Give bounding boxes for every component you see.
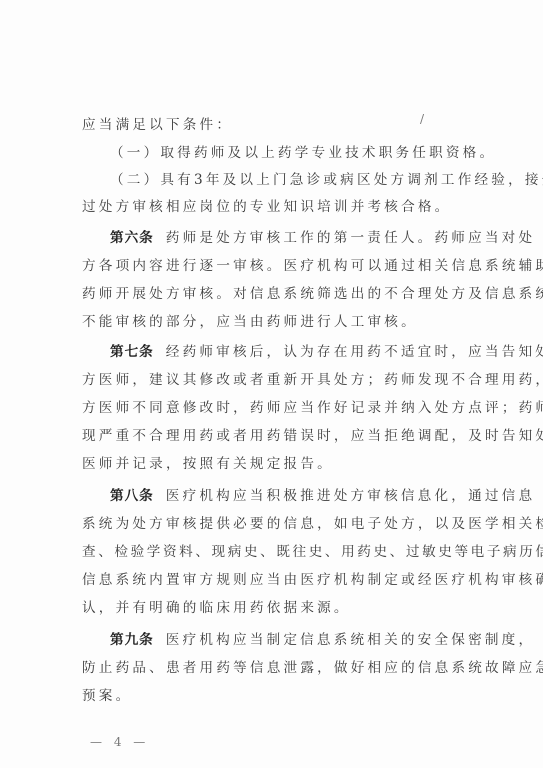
- article-8-label: 第八条: [110, 488, 154, 504]
- article-8-line: 查、检验学资料、现病史、既往史、用药史、过敏史等电子病历信息。: [82, 543, 470, 561]
- article-7-line: 现严重不合理用药或者用药错误时，应当拒绝调配，及时告知处方: [82, 427, 470, 445]
- article-6-first-line: 第六条药师是处方审核工作的第一责任人。药师应当对处: [110, 229, 470, 247]
- article-6-label: 第六条: [110, 230, 154, 246]
- page-number: — 4 —: [90, 735, 149, 749]
- article-6-line: 方各项内容进行逐一审核。医疗机构可以通过相关信息系统辅助: [82, 257, 470, 275]
- article-8-line: 认，并有明确的临床用药依据来源。: [82, 599, 470, 617]
- article-8-line: 系统为处方审核提供必要的信息，如电子处方，以及医学相关检: [82, 515, 470, 533]
- condition-2: （二）具有3年及以上门急诊或病区处方调剂工作经验，接受: [110, 171, 470, 189]
- article-8-line: 信息系统内置审方规则应当由医疗机构制定或经医疗机构审核确: [82, 571, 470, 589]
- article-9-line: 预案。: [82, 687, 470, 705]
- condition-2-cont: 过处方审核相应岗位的专业知识培训并考核合格。: [82, 198, 470, 216]
- document-page: / 应当满足以下条件： （一）取得药师及以上药学专业技术职务任职资格。 （二）具…: [0, 0, 543, 768]
- article-7-line: 方医师，建议其修改或者重新开具处方；药师发现不合理用药，处: [82, 371, 470, 389]
- condition-1: （一）取得药师及以上药学专业技术职务任职资格。: [110, 144, 470, 162]
- article-9-label: 第九条: [110, 632, 154, 648]
- article-6-line: 不能审核的部分，应当由药师进行人工审核。: [82, 313, 470, 331]
- intro-line: 应当满足以下条件：: [82, 116, 470, 134]
- article-7-label: 第七条: [110, 344, 154, 360]
- article-9-first-line: 第九条医疗机构应当制定信息系统相关的安全保密制度，: [110, 631, 470, 649]
- article-7-first-line: 第七条经药师审核后，认为存在用药不适宜时，应当告知处: [110, 343, 470, 361]
- article-7-line: 医师并记录，按照有关规定报告。: [82, 455, 470, 473]
- article-9-line: 防止药品、患者用药等信息泄露，做好相应的信息系统故障应急: [82, 659, 470, 677]
- article-6-line: 药师开展处方审核。对信息系统筛选出的不合理处方及信息系统: [82, 285, 470, 303]
- article-7-line: 方医师不同意修改时，药师应当作好记录并纳入处方点评；药师发: [82, 399, 470, 417]
- article-8-first-line: 第八条医疗机构应当积极推进处方审核信息化，通过信息: [110, 487, 470, 505]
